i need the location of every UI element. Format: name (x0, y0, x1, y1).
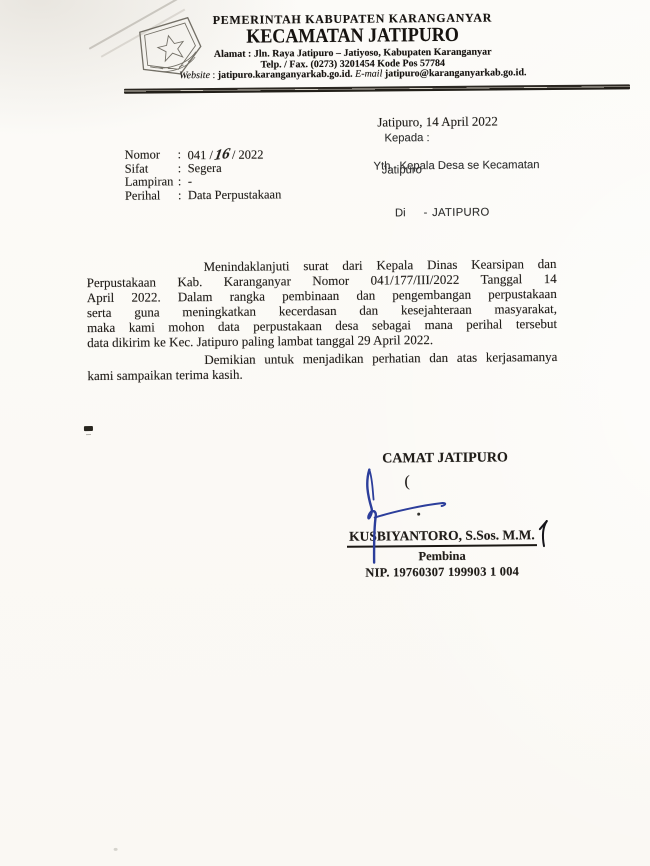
signature-stroke-tail (375, 503, 446, 518)
signatory-rank: Pembina (338, 548, 546, 565)
website-label: Website (179, 70, 210, 81)
meta-row-lampiran: Lampiran: - (125, 174, 281, 189)
di-line: Di- (376, 195, 428, 231)
meta-row-perihal: Perihal: Data Perpustakaan (125, 187, 281, 202)
nomor-label: Nomor (125, 147, 178, 161)
di-label: Di (395, 207, 406, 219)
website-url: jatipuro.karanganyarkab.go.id. (218, 69, 353, 81)
scan-ink-artifact (84, 426, 93, 431)
date-line: Jatipuro, 14 April 2022 (377, 113, 498, 130)
body-paragraph-2: Demikian untuk menjadikan perhatian dan … (87, 350, 557, 384)
body-paragraph-1: Menindaklanjuti surat dari Kepala Dinas … (86, 257, 557, 351)
perihal-colon: : (178, 188, 188, 202)
email-url: jatipuro@karanganyarkab.go.id. (385, 67, 527, 79)
perihal-value: Data Perpustakaan (188, 187, 281, 202)
nomor-post: / 2022 (232, 148, 264, 162)
body-line: kami sampaikan terima kasih. (87, 365, 557, 384)
lampiran-value: - (188, 175, 192, 189)
body-line: data dikirim ke Kec. Jatipuro paling lam… (87, 332, 557, 351)
lampiran-label: Lampiran (125, 175, 178, 189)
website-separator: : (210, 70, 218, 81)
signatory-title: CAMAT JATIPURO (382, 450, 508, 467)
letter-body: Menindaklanjuti surat dari Kepala Dinas … (86, 257, 557, 384)
signatory-name: KUSBIYANTORO, S.Sos. M.M. (347, 527, 537, 548)
letter-sheet: PEMERINTAH KABUPATEN KARANGANYAR KECAMAT… (0, 0, 650, 866)
signature-stroke-spike (369, 470, 373, 500)
pen-dot (417, 513, 420, 516)
nomor-value: 041 /16/ 2022 (188, 147, 264, 161)
signatory-block: KUSBIYANTORO, S.Sos. M.M. Pembina NIP. 1… (338, 526, 546, 581)
pen-mark-paren: ( (404, 473, 409, 491)
lampiran-colon: : (178, 175, 188, 189)
signatory-nip: NIP. 19760307 199903 1 004 (338, 564, 546, 581)
scanned-letter-page: PEMERINTAH KABUPATEN KARANGANYAR KECAMAT… (0, 0, 650, 866)
recipient-city: JATIPURO (432, 207, 490, 220)
email-label: E-mail (355, 68, 382, 79)
sifat-label: Sifat (125, 161, 178, 175)
scan-dot-artifact (114, 848, 118, 851)
letterhead-rule (124, 84, 630, 93)
recipient-line2: Jatipuro (382, 164, 422, 176)
kepada-label: Kepada : (384, 132, 429, 144)
meta-block: Nomor: 041 /16/ 2022 Sifat: Segera Lampi… (125, 146, 282, 202)
sifat-colon: : (178, 161, 188, 175)
perihal-label: Perihal (125, 188, 178, 202)
meta-row-sifat: Sifat: Segera (125, 160, 281, 175)
nomor-colon: : (178, 147, 188, 161)
meta-row-nomor: Nomor: 041 /16/ 2022 (125, 146, 281, 161)
di-dash: - (424, 207, 428, 219)
